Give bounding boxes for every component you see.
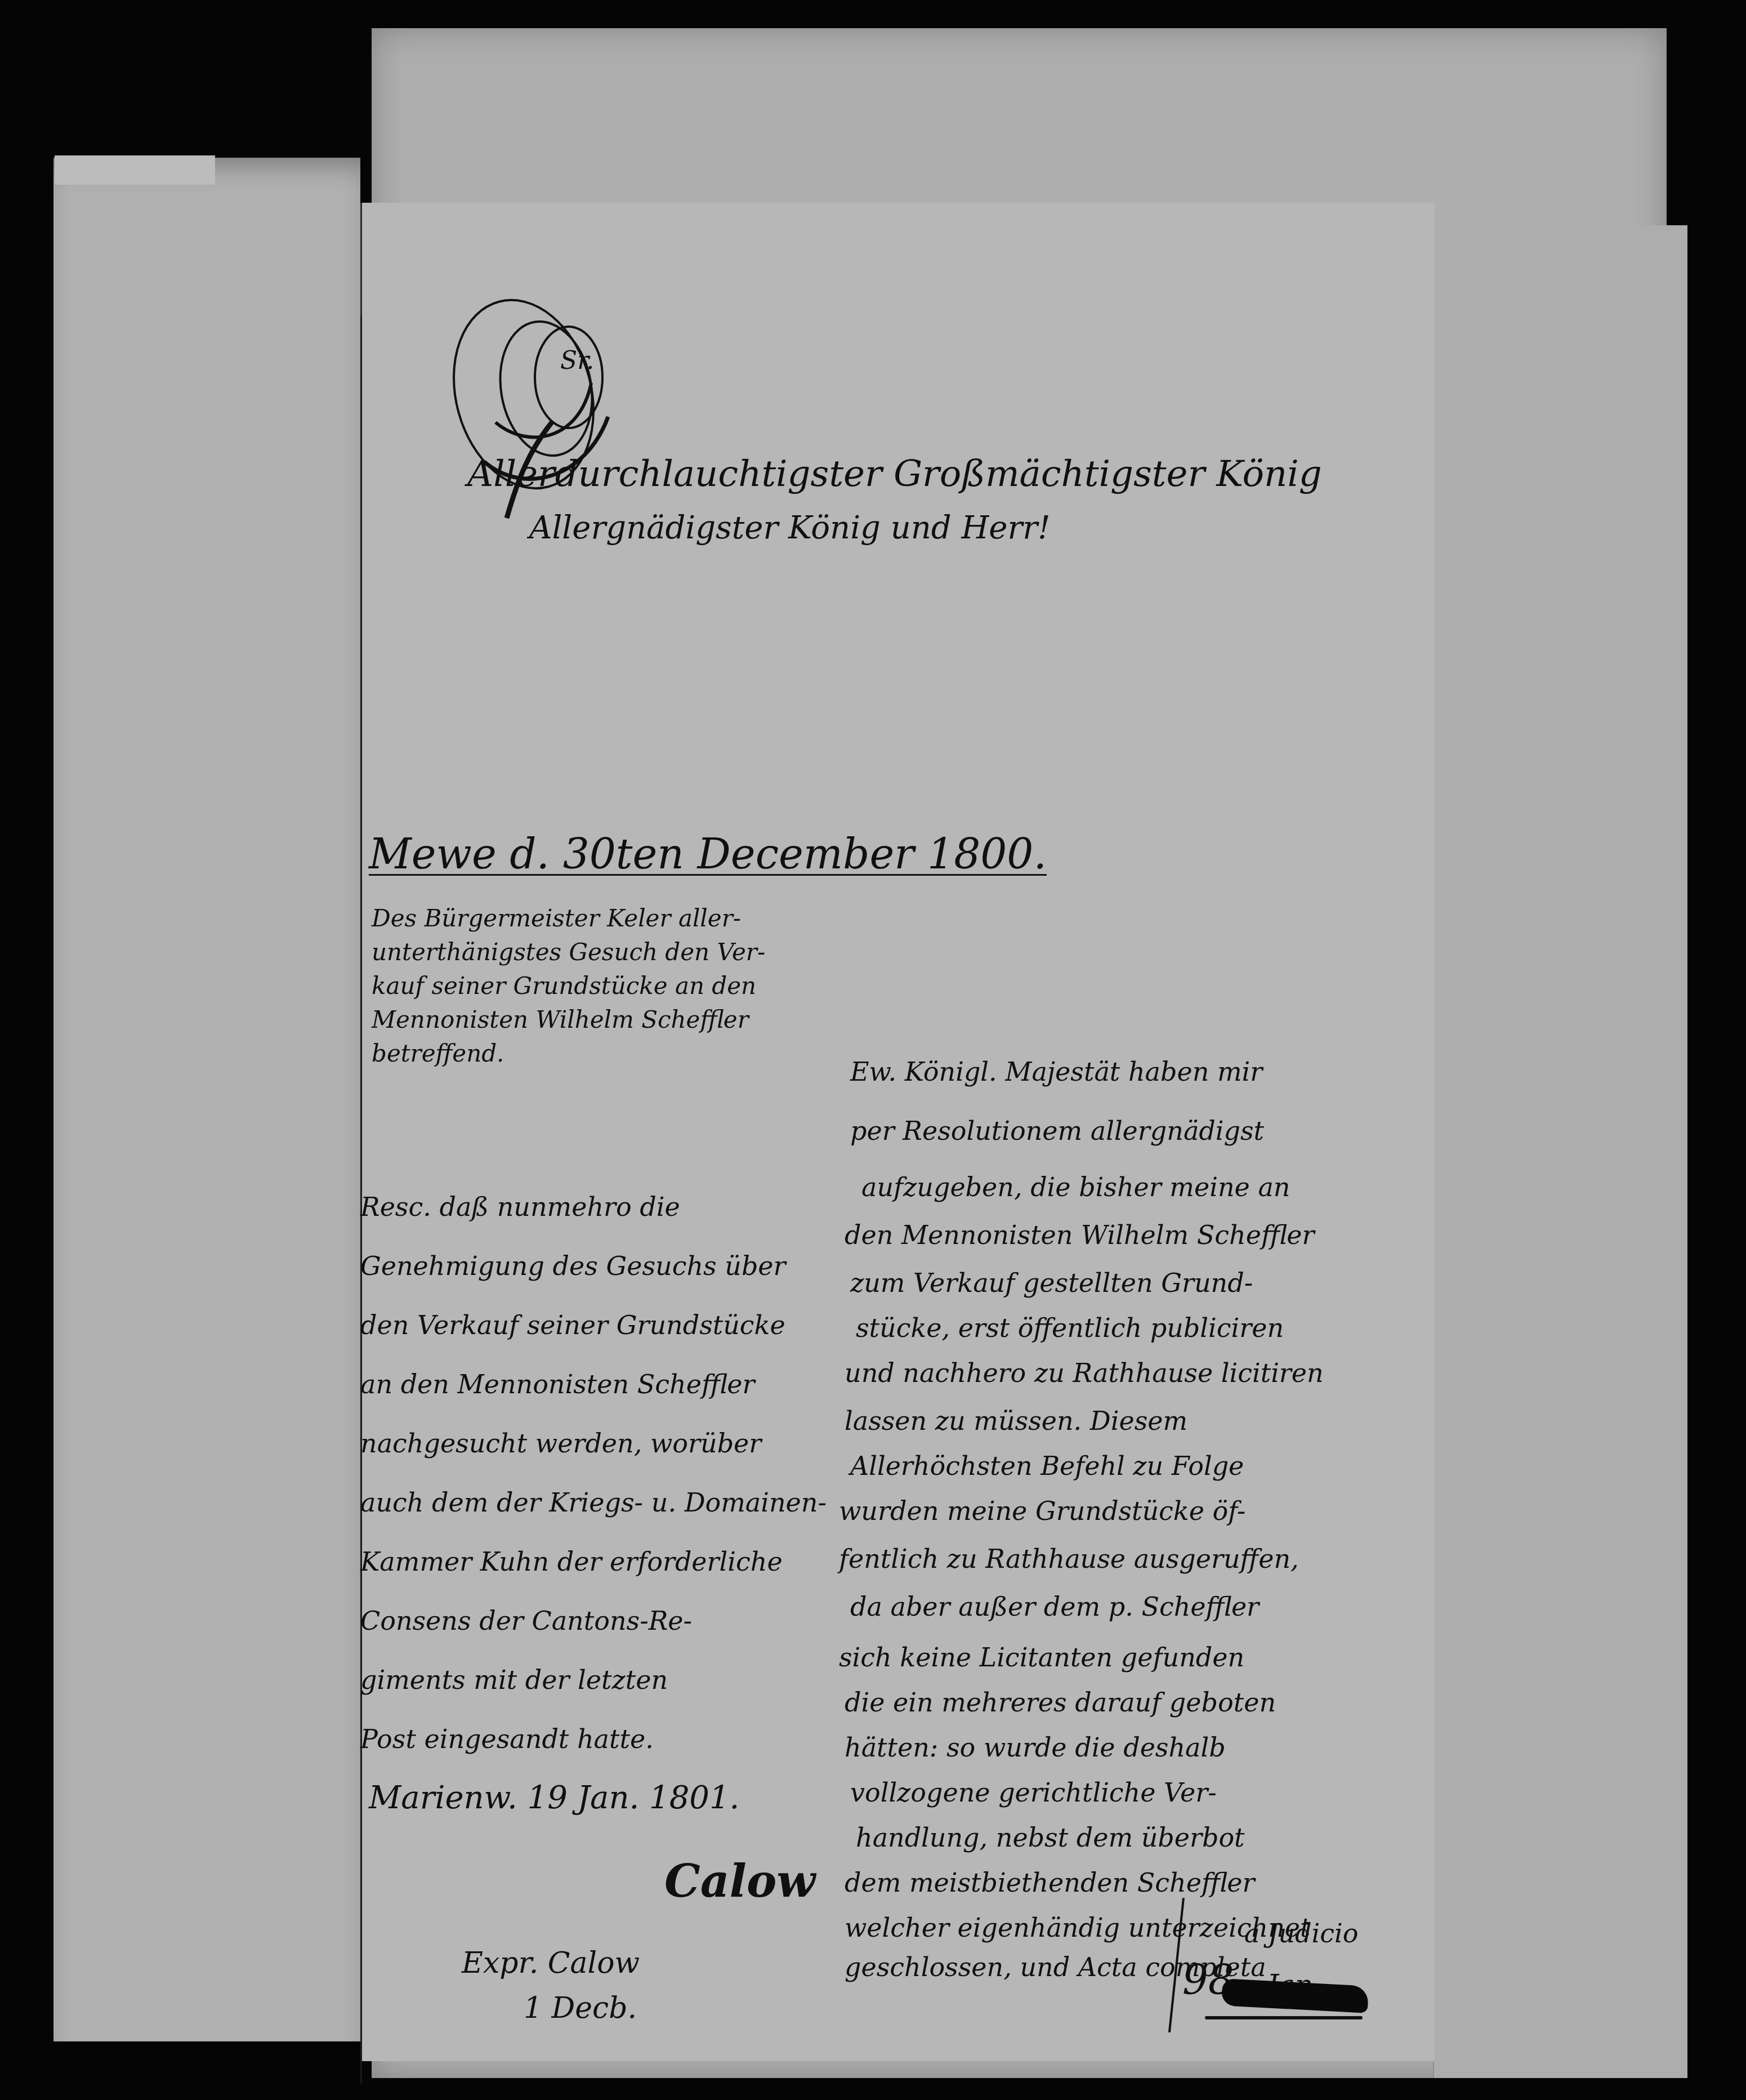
body-line: per Resolutionem allergnädigst [850, 1118, 1264, 1144]
margin-note-line: kauf seiner Grundstücke an den [372, 974, 756, 998]
body-line: Ew. Königl. Majestät haben mir [850, 1059, 1262, 1085]
body-line-a-judicio: a Judicio [1244, 1920, 1358, 1946]
body-line: sich keine Licitanten gefunden [839, 1644, 1244, 1670]
right-page-edge [1433, 225, 1687, 2078]
salutation-line-1: Allerdurchlauchtigster Großmächtigster K… [467, 456, 1322, 492]
signature-calow: Calow [664, 1858, 815, 1903]
underline-flourish [1205, 2016, 1363, 2019]
margin-note-line: Mennonisten Wilhelm Scheffler [372, 1008, 749, 1032]
expedition-note: Expr. Calow [462, 1949, 640, 1978]
resolution-line: Post eingesandt hatte. [360, 1726, 654, 1752]
body-line: fentlich zu Rathhause ausgeruffen, [839, 1546, 1299, 1572]
body-line: stücke, erst öffentlich publiciren [856, 1315, 1284, 1341]
body-line: aufzugeben, die bisher meine an [861, 1174, 1290, 1200]
resolution-line: den Verkauf seiner Grundstücke [360, 1312, 785, 1338]
body-line: den Mennonisten Wilhelm Scheffler [845, 1222, 1314, 1248]
folder-cover-strip [53, 158, 360, 2041]
margin-note-line: unterthänigstes Gesuch den Ver- [372, 940, 765, 964]
resolution-line: nachgesucht werden, worüber [360, 1430, 761, 1456]
body-line: da aber außer dem p. Scheffler [850, 1594, 1259, 1620]
expedition-note-date: 1 Decb. [524, 1994, 637, 2023]
folder-tab [55, 155, 215, 185]
body-line: die ein mehreres darauf geboten [845, 1689, 1276, 1715]
svg-text:Sr.: Sr. [560, 346, 594, 375]
calligraphic-monogram: Sr. [439, 293, 754, 541]
resolution-line: an den Mennonisten Scheffler [360, 1371, 754, 1397]
resolution-line: Resc. daß nunmehro die [360, 1194, 680, 1220]
margin-note-line: Des Bürgermeister Keler aller- [372, 907, 741, 930]
margin-date: Mewe d. 30ten December 1800. [369, 833, 1047, 875]
resolution-line: Genehmigung des Gesuchs über [360, 1253, 786, 1279]
body-line: handlung, nebst dem überbot [856, 1825, 1245, 1851]
scanned-document: Sr. Allerdurchlauchtigster Großmächtigst… [0, 0, 1746, 2100]
body-line: wurden meine Grundstücke öf- [839, 1498, 1245, 1524]
resolution-line: giments mit der letzten [360, 1667, 668, 1693]
body-line: Allerhöchsten Befehl zu Folge [850, 1453, 1244, 1479]
resolution-date: Marienw. 19 Jan. 1801. [369, 1782, 739, 1814]
body-line: dem meistbiethenden Scheffler [845, 1870, 1255, 1896]
body-line: hätten: so wurde die deshalb [845, 1735, 1226, 1760]
resolution-line: Kammer Kuhn der erforderliche [360, 1549, 783, 1575]
resolution-line: Consens der Cantons-Re- [360, 1608, 692, 1634]
margin-note-line: betreffend. [372, 1042, 504, 1065]
body-line: zum Verkauf gestellten Grund- [850, 1270, 1253, 1296]
body-line: lassen zu müssen. Diesem [845, 1408, 1187, 1434]
resolution-line: auch dem der Kriegs- u. Domainen- [360, 1490, 827, 1515]
salutation-line-2: Allergnädigster König und Herr! [529, 512, 1051, 544]
body-line: vollzogene gerichtliche Ver- [850, 1780, 1217, 1805]
body-line: welcher eigenhändig unterzeichnet [845, 1915, 1311, 1941]
body-line: und nachhero zu Rathhause licitiren [845, 1360, 1324, 1386]
